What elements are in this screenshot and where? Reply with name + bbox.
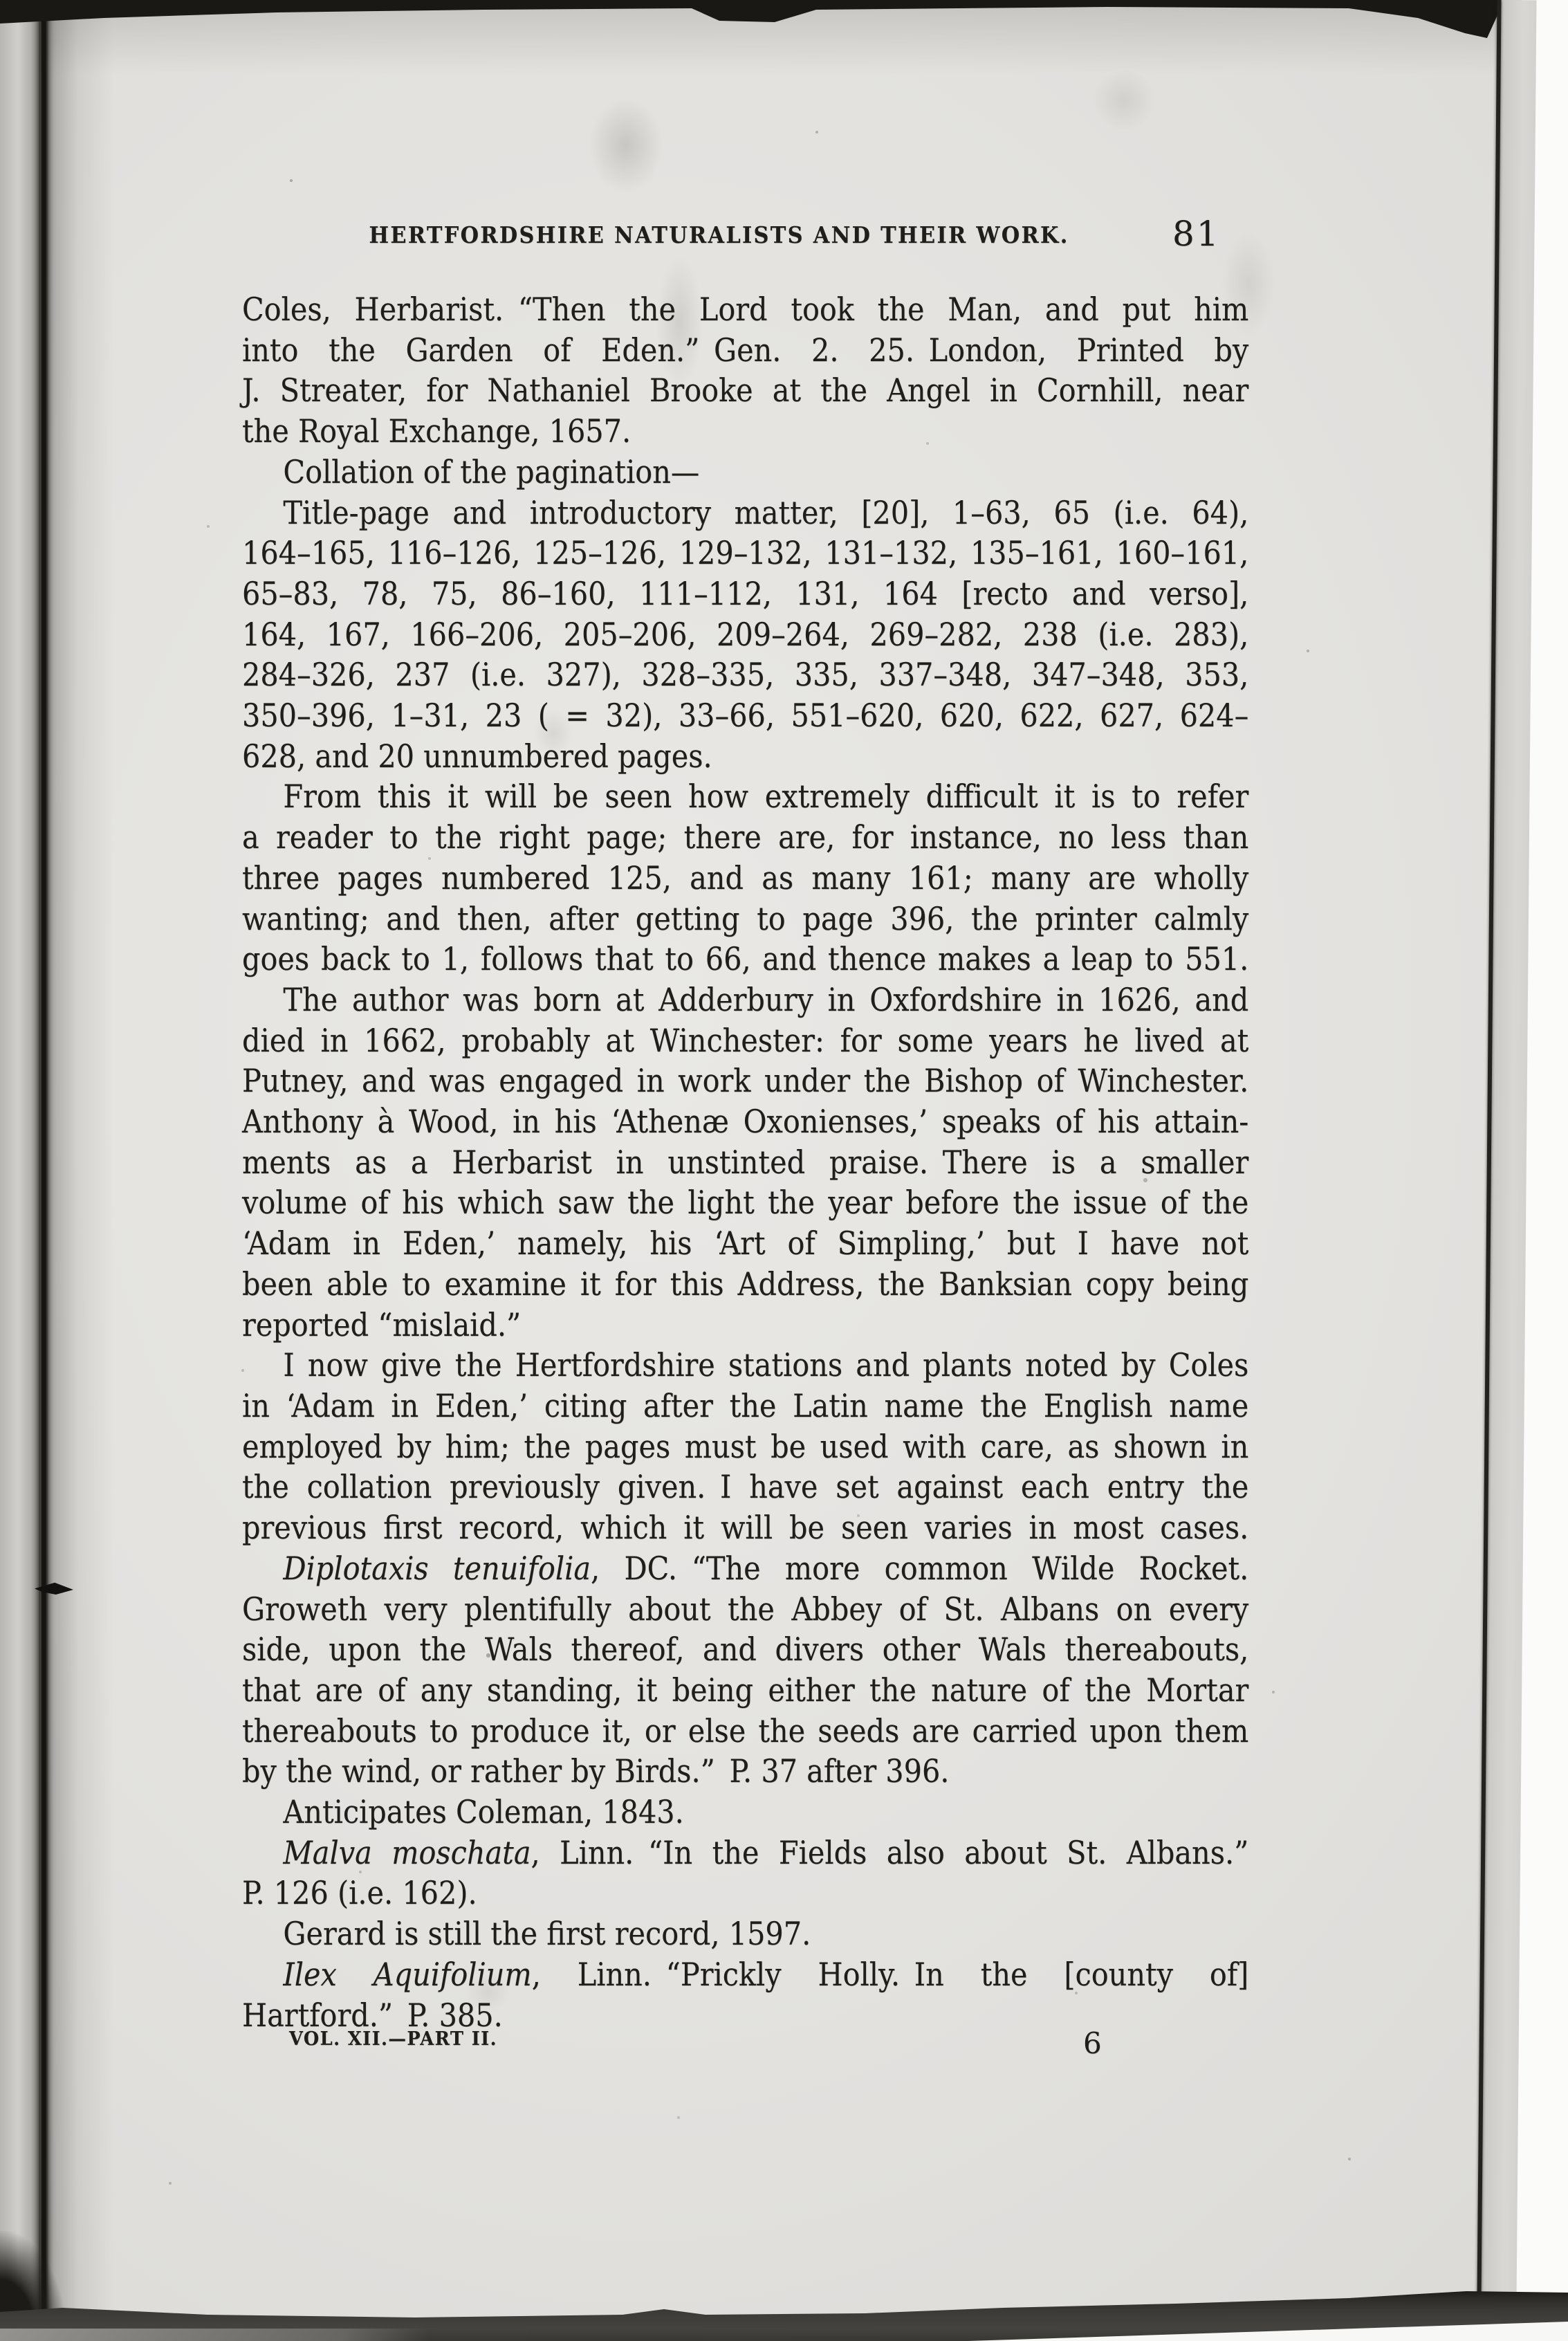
text-line: Anthony à Wood, in his ‘Athenæ Oxoniense… <box>242 1101 1248 1142</box>
text-segment: The author was born at Adderbury in Oxfo… <box>283 981 1248 1018</box>
scanned-book-page: HERTFORDSHIRE NATURALISTS AND THEIR WORK… <box>0 0 1568 2341</box>
species-name-italic: Diplotaxis tenuifolia <box>283 1550 591 1587</box>
text-segment: Putney, and was engaged in work under th… <box>242 1062 1248 1099</box>
text-line: Title-page and introductory matter, [20]… <box>242 493 1248 533</box>
text-segment: in ‘Adam in Eden,’ citing after the Lati… <box>242 1387 1248 1424</box>
page-number: 81 <box>1172 212 1221 256</box>
text-segment: volume of his which saw the light the ye… <box>242 1184 1248 1221</box>
body-text: Coles, Herbarist. “Then the Lord took th… <box>242 289 1248 2035</box>
footer-volume-part: VOL. XII.—PART II. <box>289 2026 497 2053</box>
text-segment: goes back to 1, follows that to 66, and … <box>242 940 1248 977</box>
text-line: three pages numbered 125, and as many 16… <box>242 858 1248 899</box>
text-segment: Title-page and introductory matter, [20]… <box>283 494 1248 531</box>
text-segment: reported “mislaid.” <box>242 1306 521 1343</box>
paper-specks <box>0 0 1 1</box>
text-line: Collation of the pagination— <box>242 452 1248 493</box>
text-line: Groweth very plentifully about the Abbey… <box>242 1589 1248 1630</box>
text-line: 284–326, 237 (i.e. 327), 328–335, 335, 3… <box>242 654 1248 695</box>
text-segment: 628, and 20 unnumbered pages. <box>242 737 712 775</box>
text-line: employed by him; the pages must be used … <box>242 1426 1248 1467</box>
text-segment: that are of any standing, it being eithe… <box>242 1671 1248 1709</box>
text-line: P. 126 (i.e. 162). <box>242 1873 1248 1913</box>
text-segment: Anticipates Coleman, 1843. <box>283 1793 683 1830</box>
text-segment: employed by him; the pages must be used … <box>242 1428 1248 1465</box>
text-line: The author was born at Adderbury in Oxfo… <box>242 980 1248 1020</box>
text-line: volume of his which saw the light the ye… <box>242 1182 1248 1223</box>
text-segment: , DC. “The more common Wilde Rocket. <box>591 1550 1248 1587</box>
text-segment: a reader to the right page; there are, f… <box>242 818 1248 856</box>
text-line: in ‘Adam in Eden,’ citing after the Lati… <box>242 1386 1248 1426</box>
text-line: side, upon the Wals thereof, and divers … <box>242 1629 1248 1670</box>
text-line: Gerard is still the first record, 1597. <box>242 1913 1248 1954</box>
text-segment: Groweth very plentifully about the Abbey… <box>242 1590 1248 1628</box>
species-name-italic: Ilex Aquifolium <box>283 1956 531 1993</box>
text-segment: Anthony à Wood, in his ‘Athenæ Oxoniense… <box>242 1103 1248 1140</box>
text-line: died in 1662, probably at Winchester: fo… <box>242 1020 1248 1061</box>
scan-bottom-gray-strip <box>0 2329 429 2341</box>
text-line: the Royal Exchange, 1657. <box>242 411 1248 452</box>
text-segment: From this it will be seen how extremely … <box>283 778 1248 815</box>
text-line: reported “mislaid.” <box>242 1305 1248 1346</box>
text-line: Anticipates Coleman, 1843. <box>242 1792 1248 1833</box>
text-line: From this it will be seen how extremely … <box>242 776 1248 817</box>
adjacent-page-edge <box>0 0 40 2341</box>
text-segment: previous first record, which it will be … <box>242 1509 1248 1546</box>
text-segment: ‘Adam in Eden,’ namely, his ‘Art of Simp… <box>242 1224 1248 1262</box>
running-header-title: HERTFORDSHIRE NATURALISTS AND THEIR WORK… <box>256 219 1182 252</box>
text-line: been able to examine it for this Address… <box>242 1264 1248 1305</box>
text-line: into the Garden of Eden.” Gen. 2. 25. Lo… <box>242 330 1248 371</box>
text-segment: J. Streater, for Nathaniel Brooke at the… <box>242 371 1248 409</box>
text-line: by the wind, or rather by Birds.” P. 37 … <box>242 1751 1248 1792</box>
text-segment: thereabouts to produce it, or else the s… <box>242 1712 1248 1750</box>
text-segment: , Linn. “In the Fields also about St. Al… <box>531 1834 1249 1871</box>
text-line: 65–83, 78, 75, 86–160, 111–112, 131, 164… <box>242 573 1248 614</box>
text-segment: Collation of the pagination— <box>283 453 699 490</box>
text-segment: by the wind, or rather by Birds.” P. 37 … <box>242 1752 949 1790</box>
text-line: the collation previously given. I have s… <box>242 1467 1248 1507</box>
text-line: Malva moschata, Linn. “In the Fields als… <box>242 1833 1248 1873</box>
text-segment: 164, 167, 166–206, 205–206, 209–264, 269… <box>242 616 1248 653</box>
text-line: a reader to the right page; there are, f… <box>242 817 1248 858</box>
text-line: ‘Adam in Eden,’ namely, his ‘Art of Simp… <box>242 1223 1248 1264</box>
text-line: 350–396, 1–31, 23 ( = 32), 33–66, 551–62… <box>242 695 1248 736</box>
text-segment: 284–326, 237 (i.e. 327), 328–335, 335, 3… <box>242 656 1248 693</box>
text-line: that are of any standing, it being eithe… <box>242 1670 1248 1711</box>
text-line: 164, 167, 166–206, 205–206, 209–264, 269… <box>242 614 1248 655</box>
text-segment: Coles, Herbarist. “Then the Lord took th… <box>242 291 1248 328</box>
book-gutter-line <box>39 0 48 2341</box>
text-segment: 350–396, 1–31, 23 ( = 32), 33–66, 551–62… <box>242 697 1248 734</box>
text-line: Coles, Herbarist. “Then the Lord took th… <box>242 289 1248 330</box>
text-segment: I now give the Hertfordshire stations an… <box>283 1346 1248 1384</box>
text-line: J. Streater, for Nathaniel Brooke at the… <box>242 370 1248 411</box>
footer-signature-mark: 6 <box>1083 2024 1102 2063</box>
text-segment: three pages numbered 125, and as many 16… <box>242 859 1248 897</box>
text-line: Diplotaxis tenuifolia, DC. “The more com… <box>242 1548 1248 1589</box>
text-line: ments as a Herbarist in unstinted praise… <box>242 1142 1248 1183</box>
text-line: I now give the Hertfordshire stations an… <box>242 1345 1248 1386</box>
text-segment: side, upon the Wals thereof, and divers … <box>242 1631 1248 1668</box>
text-segment: the collation previously given. I have s… <box>242 1468 1248 1505</box>
text-line: 628, and 20 unnumbered pages. <box>242 736 1248 777</box>
text-line: goes back to 1, follows that to 66, and … <box>242 939 1248 980</box>
text-segment: 65–83, 78, 75, 86–160, 111–112, 131, 164… <box>242 575 1248 612</box>
gutter-shadow <box>48 0 114 2341</box>
text-line: previous first record, which it will be … <box>242 1507 1248 1548</box>
text-segment: wanting; and then, after getting to page… <box>242 900 1248 937</box>
text-segment: 164–165, 116–126, 125–126, 129–132, 131–… <box>242 534 1248 571</box>
text-segment: into the Garden of Eden.” Gen. 2. 25. Lo… <box>242 331 1248 369</box>
text-segment: been able to examine it for this Address… <box>242 1265 1248 1303</box>
text-line: wanting; and then, after getting to page… <box>242 899 1248 939</box>
text-segment: P. 126 (i.e. 162). <box>242 1874 477 1911</box>
text-segment: the Royal Exchange, 1657. <box>242 412 631 450</box>
text-line: Ilex Aquifolium, Linn. “Prickly Holly. I… <box>242 1954 1248 1995</box>
text-segment: Gerard is still the first record, 1597. <box>283 1915 811 1952</box>
text-line: 164–165, 116–126, 125–126, 129–132, 131–… <box>242 533 1248 573</box>
text-segment: died in 1662, probably at Winchester: fo… <box>242 1022 1248 1059</box>
text-segment: ments as a Herbarist in unstinted praise… <box>242 1144 1248 1181</box>
text-line: thereabouts to produce it, or else the s… <box>242 1711 1248 1752</box>
text-segment: , Linn. “Prickly Holly. In the [county o… <box>532 1956 1249 1993</box>
species-name-italic: Malva moschata <box>283 1834 531 1871</box>
text-line: Putney, and was engaged in work under th… <box>242 1061 1248 1101</box>
